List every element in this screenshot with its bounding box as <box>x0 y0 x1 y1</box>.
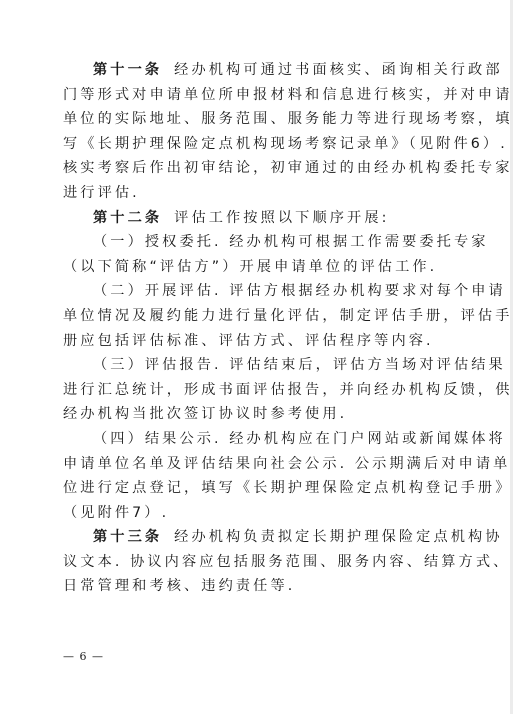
item-4-line-3: 位进行定点登记，填写《长期护理保险定点机构登记手册》 <box>63 476 448 501</box>
article-11-line-4: 写《长期护理保险定点机构现场考察记录单》（见附件6）. <box>63 132 448 157</box>
article-11-line-1: 第十一条经办机构可通过书面核实、函询相关行政部 <box>63 58 448 83</box>
article-11-line-3: 单位的实际地址、服务范围、服务能力等进行现场考察，填 <box>63 107 448 132</box>
article-11-line-5: 核实考察后作出初审结论，初审通过的由经办机构委托专家 <box>63 156 448 181</box>
item-4-line-2: 申请单位名单及评估结果向社会公示. 公示期满后对申请单 <box>63 452 448 477</box>
article-13-line-2: 议文本. 协议内容应包括服务范围、服务内容、结算方式、 <box>63 550 448 575</box>
item-3-line-3: 经办机构当批次签订协议时参考使用. <box>63 402 448 427</box>
article-11-line-6: 进行评估. <box>63 181 448 206</box>
item-1-line-1: （一）授权委托. 经办机构可根据工作需要委托专家 <box>63 230 448 255</box>
document-page: 第十一条经办机构可通过书面核实、函询相关行政部 门等形式对申请单位所申报材料和信… <box>63 58 448 599</box>
article-12-line-1: 第十二条评估工作按照以下顺序开展: <box>63 206 448 231</box>
item-2-line-2: 单位情况及履约能力进行量化评估，制定评估手册，评估手 <box>63 304 448 329</box>
item-3-line-1: （三）评估报告. 评估结束后，评估方当场对评估结果 <box>63 353 448 378</box>
article-13-line-3: 日常管理和考核、违约责任等. <box>63 574 448 599</box>
item-2-line-1: （二）开展评估. 评估方根据经办机构要求对每个申请 <box>63 279 448 304</box>
article-13-heading: 第十三条 <box>93 529 162 545</box>
item-4-line-4: （见附件7）. <box>63 501 448 526</box>
article-12-heading: 第十二条 <box>93 210 162 226</box>
item-1-line-2: （以下简称“评估方”）开展申请单位的评估工作. <box>63 255 448 280</box>
item-4-line-1: （四）结果公示. 经办机构应在门户网站或新闻媒体将 <box>63 427 448 452</box>
article-11-line-2: 门等形式对申请单位所申报材料和信息进行核实，并对申请 <box>63 83 448 108</box>
page-number: — 6 — <box>63 650 104 663</box>
article-11-heading: 第十一条 <box>93 62 162 78</box>
article-13-line-1: 第十三条经办机构负责拟定长期护理保险定点机构协 <box>63 525 448 550</box>
item-2-line-3: 册应包括评估标准、评估方式、评估程序等内容. <box>63 329 448 354</box>
item-3-line-2: 进行汇总统计，形成书面评估报告，并向经办机构反馈，供 <box>63 378 448 403</box>
